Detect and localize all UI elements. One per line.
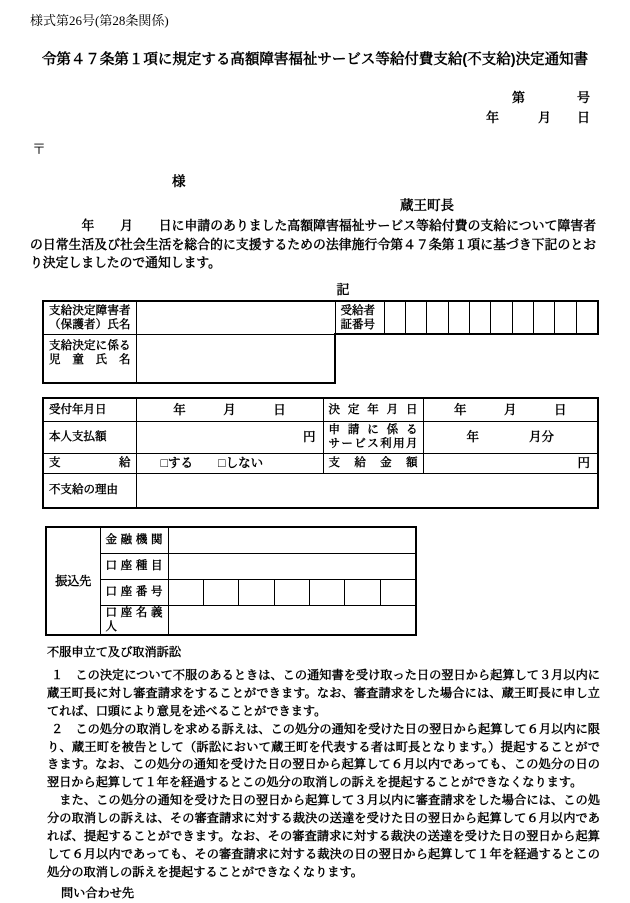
entry-box (344, 580, 379, 605)
child-name-label: 支給決定に係る 児童氏名 (43, 334, 136, 383)
account-type-field (168, 553, 416, 579)
self-payment-label: 本人支払額 (43, 421, 136, 453)
intro-paragraph: 年 月 日に申請のありました高額障害福祉サービス等給付費の支給について障害者の日… (30, 217, 596, 273)
entry-box (309, 580, 344, 605)
bank-transfer-table: 振込先 金融機関 口座種目 口座番号 口座名義人 (45, 526, 417, 636)
decision-summary-table: 支給決定障害者 （保護者）氏名 受給者 証番号 支給決定に係る 児童氏名 (42, 300, 599, 384)
entry-box (169, 580, 203, 605)
appeal-item-1: １ この決定について不服のあるときは、この通知書を受け取った日の翌日から起算して… (47, 667, 600, 721)
entry-box (512, 302, 533, 333)
supply-label: 支給 (43, 453, 136, 473)
account-number-strip (169, 580, 416, 605)
certificate-number-strip (385, 302, 598, 333)
document-number-block: 第 号 年 月 日 (486, 88, 590, 127)
entry-box (576, 302, 597, 333)
entry-box (426, 302, 447, 333)
decision-date-label: 決定年月日 (323, 398, 423, 421)
entry-box (405, 302, 426, 333)
non-supply-reason-field (136, 473, 598, 508)
self-payment-field: 円 (136, 421, 323, 453)
financial-institution-label: 金融機関 (100, 527, 168, 553)
recipient-name-field (136, 301, 335, 334)
entry-box (380, 580, 415, 605)
service-month-label: 申請に係る サービス利用月 (323, 421, 423, 453)
account-number-cells (168, 579, 416, 605)
appeal-section: 不服申立て及び取消訴訟 １ この決定について不服のあるときは、この通知書を受け取… (47, 644, 600, 903)
entry-box (469, 302, 490, 333)
document-title: 令第４７条第１項に規定する高額障害福祉サービス等給付費支給(不支給)決定通知書 (0, 48, 630, 69)
certificate-number-label: 受給者 証番号 (335, 301, 384, 334)
entry-box (533, 302, 554, 333)
contact-heading: 問い合わせ先 (61, 885, 600, 903)
reception-date-label: 受付年月日 (43, 398, 136, 421)
account-number-label: 口座番号 (100, 579, 168, 605)
financial-institution-field (168, 527, 416, 553)
appeal-heading: 不服申立て及び取消訴訟 (47, 644, 600, 662)
entry-box (490, 302, 511, 333)
issuer-name: 蔵王町長 (400, 194, 454, 214)
transfer-destination-label: 振込先 (46, 527, 100, 635)
addressee-honorific: 様 (172, 170, 186, 190)
service-month-field: 年 月分 (423, 421, 598, 453)
non-supply-reason-label: 不支給の理由 (43, 473, 136, 508)
entry-box (274, 580, 309, 605)
entry-box (448, 302, 469, 333)
account-holder-label: 口座名義人 (100, 605, 168, 635)
document-number-line: 第 号 (486, 88, 590, 108)
entry-box (385, 302, 405, 333)
decision-detail-table: 受付年月日 年 月 日 決定年月日 年 月 日 本人支払額 円 申請に係る サー… (42, 397, 599, 509)
entry-box (238, 580, 273, 605)
child-name-field (136, 334, 335, 383)
postal-mark: 〒 (32, 139, 46, 159)
entry-box (554, 302, 575, 333)
form-number: 様式第26号(第28条関係) (30, 10, 169, 29)
notification-form-page: 様式第26号(第28条関係) 令第４７条第１項に規定する高額障害福祉サービス等給… (0, 0, 630, 903)
supply-checkbox-options: □する □しない (136, 453, 323, 473)
appeal-item-2: ２ この処分の取消しを求める訴えは、この処分の通知を受けた日の翌日から起算して６… (47, 721, 600, 882)
entry-box (203, 580, 238, 605)
recipient-name-label: 支給決定障害者 （保護者）氏名 (43, 301, 136, 334)
account-type-label: 口座種目 (100, 553, 168, 579)
issue-date-line: 年 月 日 (486, 108, 590, 128)
account-holder-field (168, 605, 416, 635)
supply-amount-label: 支給金額 (323, 453, 423, 473)
reception-date-field: 年 月 日 (136, 398, 323, 421)
record-marker: 記 (0, 279, 630, 298)
supply-amount-field: 円 (423, 453, 598, 473)
certificate-number-cells (384, 301, 598, 334)
decision-date-field: 年 月 日 (423, 398, 598, 421)
empty-region (335, 334, 598, 383)
